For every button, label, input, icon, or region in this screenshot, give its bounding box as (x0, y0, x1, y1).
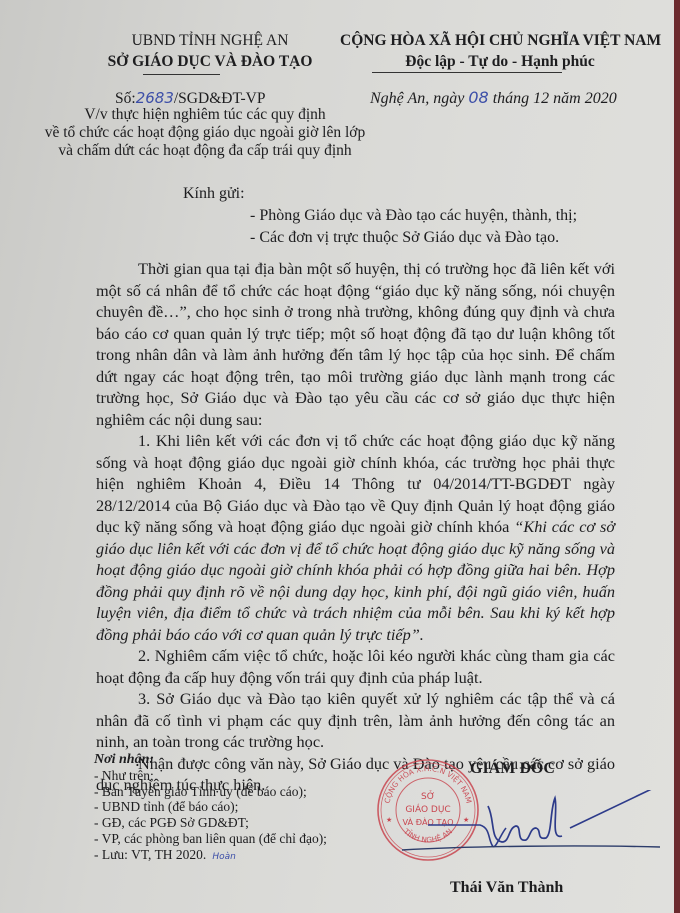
national-motto: CỘNG HÒA XÃ HỘI CHỦ NGHĨA VIỆT NAM Độc l… (340, 30, 660, 72)
distribution-item: - VP, các phòng ban liên quan (để chỉ đạ… (94, 831, 327, 847)
distribution-item: - Ban Tuyên giáo Tỉnh ủy (để báo cáo); (94, 784, 327, 800)
signer-title: GIÁM ĐỐC (470, 760, 555, 778)
item-1: 1. Khi liên kết với các đơn vị tổ chức c… (96, 430, 615, 645)
background-edge (674, 0, 680, 913)
date-suffix: tháng 12 năm 2020 (489, 90, 617, 107)
distribution-item: - UBND tỉnh (để báo cáo); (94, 799, 327, 815)
archive-note: - Lưu: VT, TH 2020. (94, 847, 206, 862)
subject-line: về tổ chức các hoạt động giáo dục ngoài … (30, 124, 380, 142)
date-day-handwritten: 08 (468, 88, 488, 107)
authority-name: SỞ GIÁO DỤC VÀ ĐÀO TẠO (100, 51, 320, 72)
motto: Độc lập - Tự do - Hạnh phúc (340, 51, 660, 72)
signer-name: Thái Văn Thành (450, 879, 563, 897)
document-body: Thời gian qua tại địa bàn một số huyện, … (96, 258, 615, 796)
distribution-title: Nơi nhận: (94, 752, 327, 768)
country-name: CỘNG HÒA XÃ HỘI CHỦ NGHĨA VIỆT NAM (340, 30, 660, 51)
document-date: Nghệ An, ngày 08 tháng 12 năm 2020 (370, 88, 617, 108)
recipient-item: - Phòng Giáo dục và Đào tạo các huyện, t… (250, 207, 577, 225)
date-prefix: Nghệ An, ngày (370, 90, 468, 107)
motto-underline (372, 72, 562, 73)
handwritten-initials: Hoàn (212, 852, 236, 862)
distribution-item: - Lưu: VT, TH 2020.Hoàn (94, 847, 327, 866)
authority-parent: UBND TỈNH NGHỆ AN (100, 30, 320, 51)
subject-line: V/v thực hiện nghiêm túc các quy định (30, 106, 380, 124)
recipients-label: Kính gửi: (183, 185, 245, 203)
distribution-item: - GĐ, các PGĐ Sở GD&ĐT; (94, 815, 327, 831)
subject-line: và chấm dứt các hoạt động đa cấp trái qu… (30, 142, 380, 160)
recipient-item: - Các đơn vị trực thuộc Sở Giáo dục và Đ… (250, 229, 559, 247)
issuing-authority: UBND TỈNH NGHỆ AN SỞ GIÁO DỤC VÀ ĐÀO TẠO (100, 30, 320, 72)
item-2: 2. Nghiêm cấm việc tổ chức, hoặc lôi kéo… (96, 645, 615, 688)
distribution-item: - Như trên; (94, 768, 327, 784)
document-subject: V/v thực hiện nghiêm túc các quy định về… (30, 106, 380, 160)
doc-number-suffix: /SGD&ĐT-VP (174, 90, 266, 107)
intro-paragraph: Thời gian qua tại địa bàn một số huyện, … (96, 258, 615, 430)
item-3: 3. Sở Giáo dục và Đào tạo kiên quyết xử … (96, 688, 615, 753)
authority-underline (143, 74, 220, 75)
distribution-list: Nơi nhận: - Như trên; - Ban Tuyên giáo T… (94, 752, 327, 866)
doc-number-handwritten: 2683 (136, 89, 174, 107)
doc-number-prefix: Số: (115, 90, 136, 107)
